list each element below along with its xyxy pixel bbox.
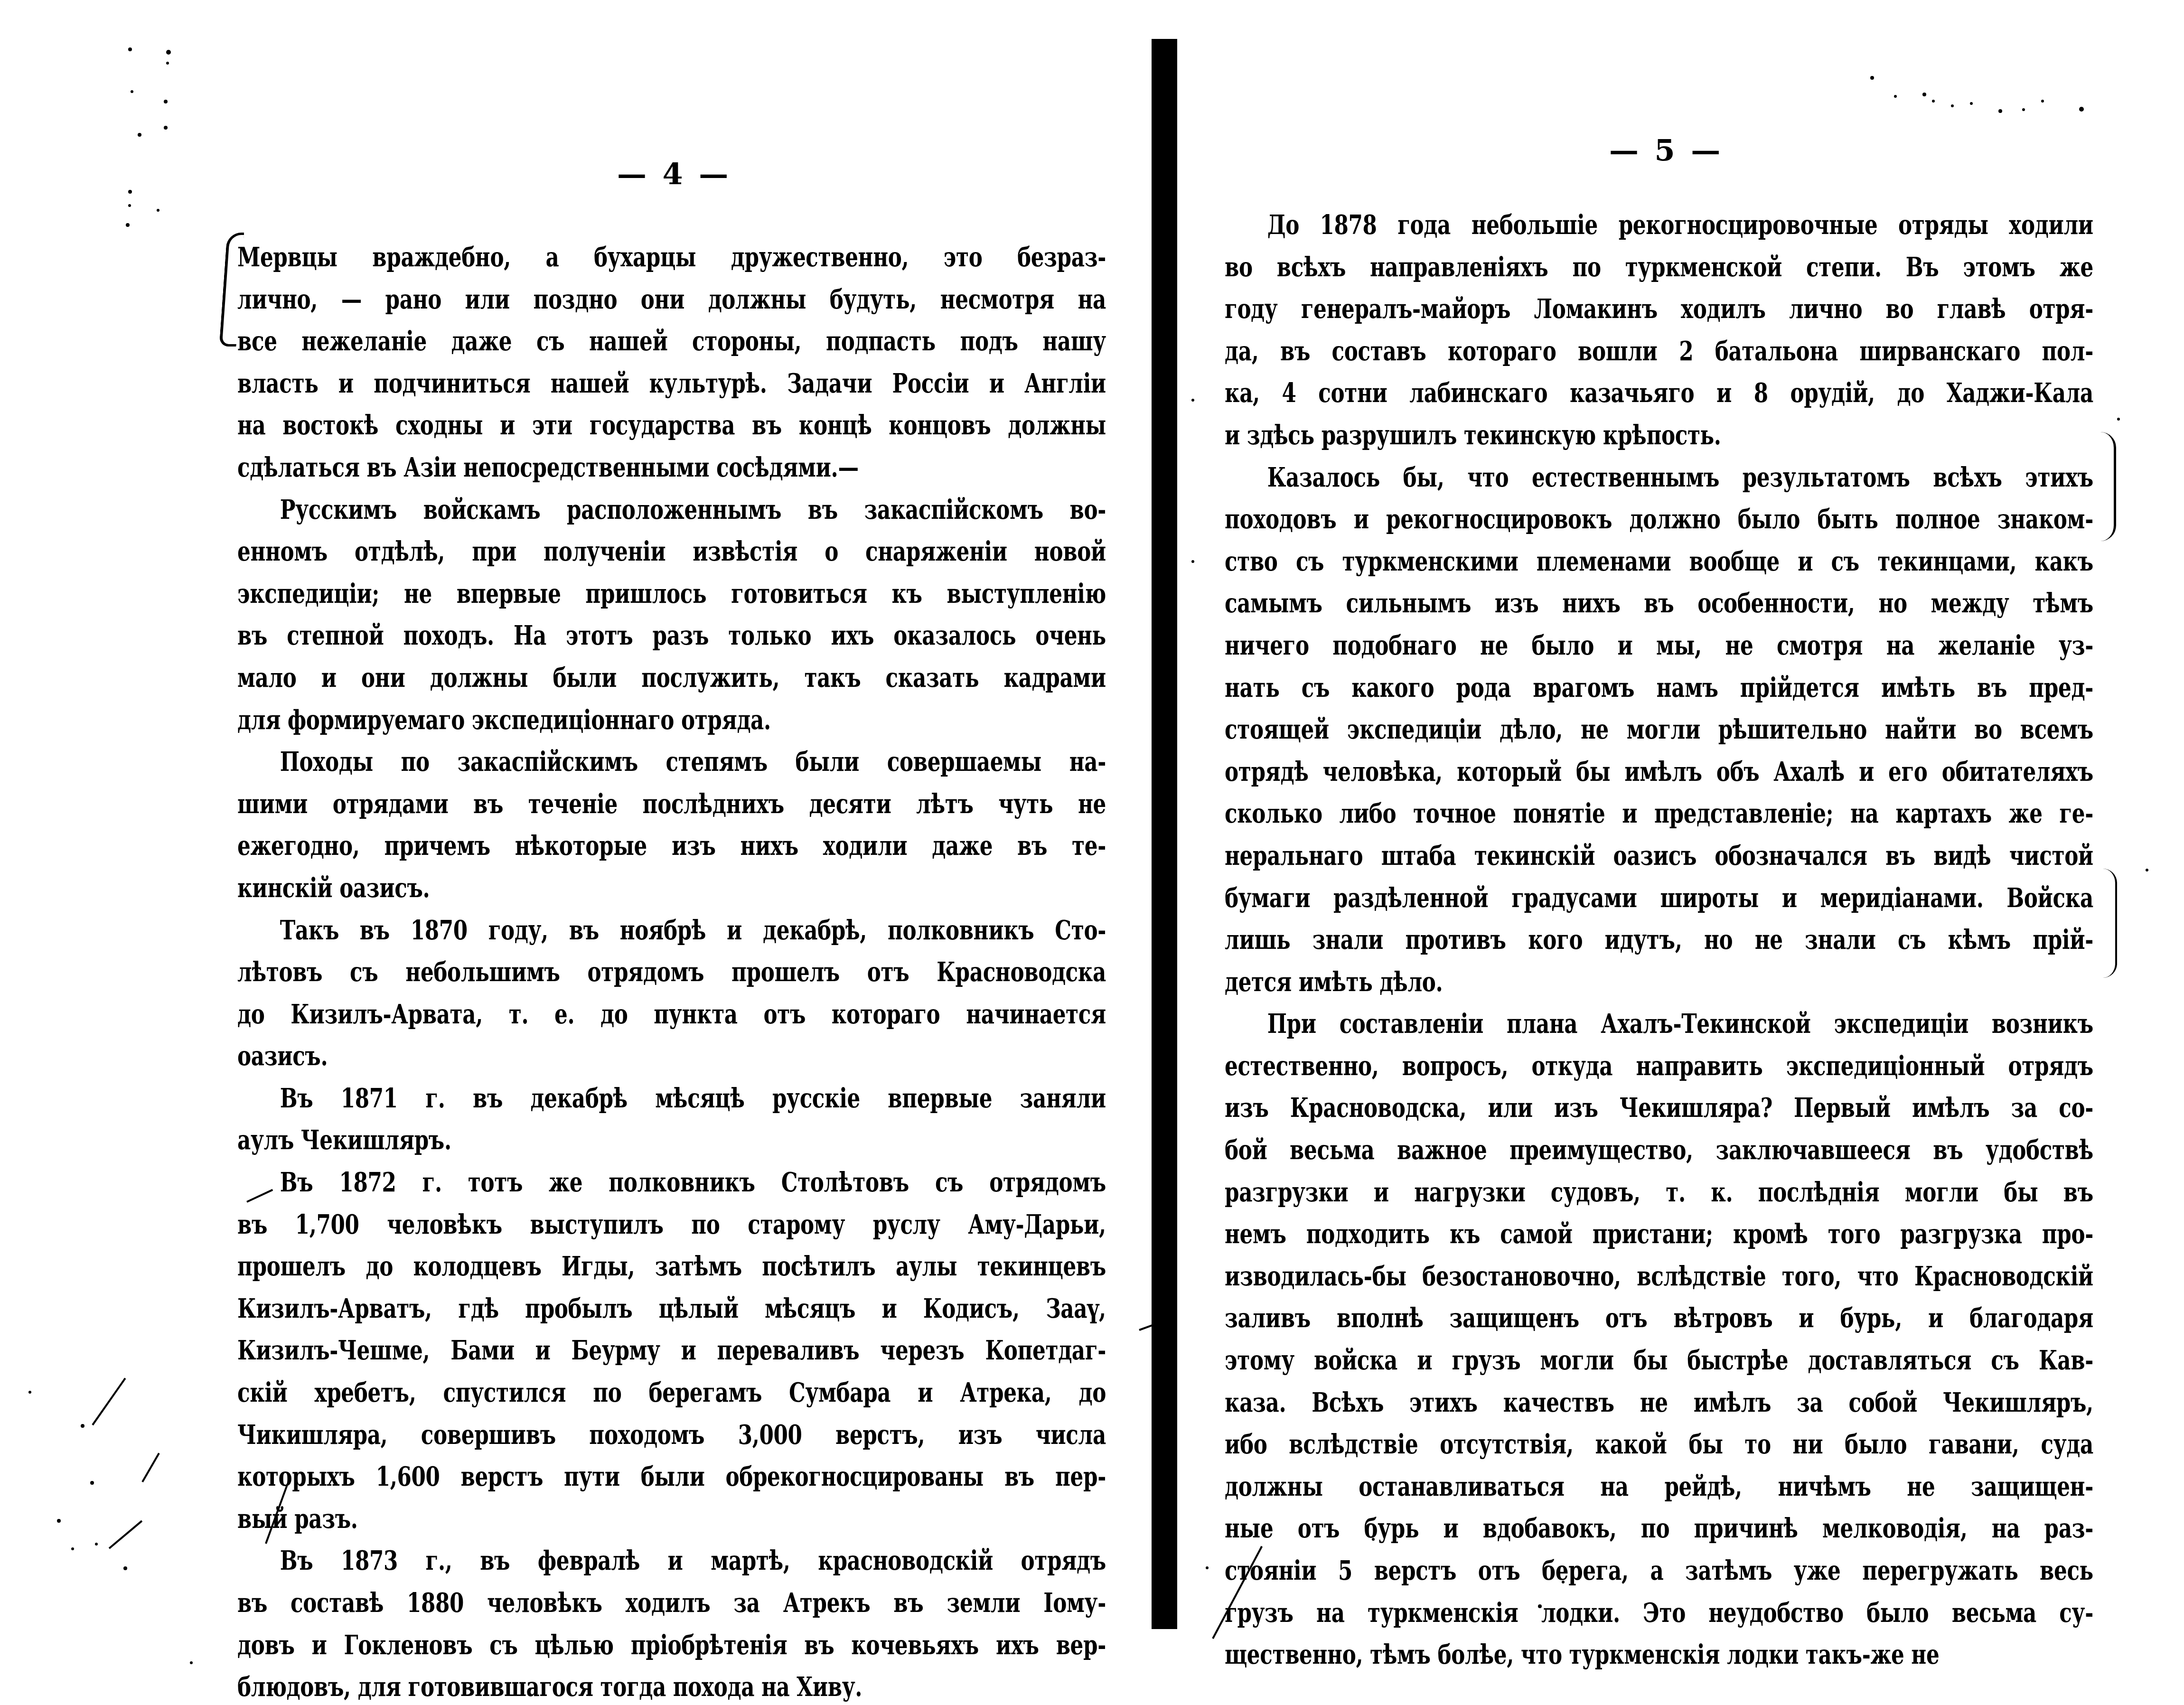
text-line: кинскій оазисъ. (237, 867, 1106, 909)
scan-speck (90, 1481, 94, 1485)
text-line: каза. Всѣхъ этихъ качествъ не имѣлъ за с… (1225, 1382, 2093, 1424)
text-line: стоящей экспедиціи дѣло, не могли рѣшите… (1225, 709, 2093, 751)
text-line: году генералъ-майоръ Ломакинъ ходилъ лич… (1225, 288, 2093, 330)
scan-speck (128, 204, 131, 207)
text-line: мало и они должны были послужить, такъ с… (237, 657, 1106, 699)
text-line: Русскимъ войскамъ расположеннымъ въ зака… (237, 489, 1106, 531)
scan-speck (1191, 399, 1194, 402)
text-line: Походы по закаспійскимъ степямъ были сов… (237, 741, 1106, 783)
text-line: оазисъ. (237, 1035, 1106, 1077)
handwritten-bracket-mark (2103, 869, 2117, 978)
text-line: ежегодно, причемъ нѣкоторые изъ нихъ ход… (237, 825, 1106, 867)
text-line: До 1878 года небольшіе рекогносцировочны… (1225, 204, 2093, 246)
text-line: Въ 1873 г., въ февралѣ и мартѣ, красново… (237, 1540, 1106, 1582)
text-line: Мервцы враждебно, а бухарцы дружественно… (237, 236, 1106, 279)
text-line: бумаги раздѣленной градусами широты и ме… (1225, 877, 2093, 919)
scan-speck (1951, 104, 1954, 107)
pencil-stroke (92, 1378, 126, 1426)
text-line: Въ 1872 г. тотъ же полковникъ Столѣтовъ … (237, 1162, 1106, 1204)
text-line: ка, 4 сотни лабинскаго казачьяго и 8 ору… (1225, 372, 2093, 414)
text-line: енномъ отдѣлѣ, при полученіи извѣстія о … (237, 531, 1106, 573)
text-line: лично, — рано или поздно они должны буду… (237, 279, 1106, 321)
page-4-text: Мервцы враждебно, а бухарцы дружественно… (237, 236, 1106, 1705)
scan-speck (1970, 102, 1973, 105)
scan-speck (157, 209, 159, 212)
text-line: заливъ вполнѣ защищенъ отъ вѣтровъ и бур… (1225, 1297, 2093, 1340)
scan-speck (164, 126, 168, 130)
text-line: Чикишляра, совершивъ походомъ 3,000 верс… (237, 1414, 1106, 1456)
text-line: щественно, тѣмъ болѣе, что туркменскія л… (1225, 1634, 2093, 1676)
text-line: сколько либо точное понятіе и представле… (1225, 793, 2093, 835)
scan-speck (71, 1547, 74, 1550)
scan-speck (1932, 100, 1935, 103)
text-line: нать съ какого рода врагомъ намъ прійдет… (1225, 667, 2093, 709)
text-line: стояніи 5 верстъ отъ берега, а затѣмъ уж… (1225, 1550, 2093, 1592)
scan-speck (1998, 109, 2002, 113)
text-line: При составленіи плана Ахалъ-Текинской эк… (1225, 1003, 2093, 1045)
text-line: этому войска и грузъ могли бы быстрѣе до… (1225, 1340, 2093, 1382)
scan-speck (128, 190, 132, 194)
text-line: на востокѣ сходны и эти государства въ к… (237, 404, 1106, 447)
text-line: ибо вслѣдствіе отсутствія, какой бы то н… (1225, 1424, 2093, 1466)
scan-speck (1191, 560, 1194, 563)
text-line: шими отрядами въ теченіе послѣднихъ деся… (237, 783, 1106, 825)
scan-speck (2079, 107, 2084, 112)
text-line: Кизилъ-Чешме, Бами и Беурму и переваливъ… (237, 1330, 1106, 1372)
scan-speck (128, 47, 132, 51)
text-line: довъ и Гокленовъ съ цѣлью пріобрѣтенія в… (237, 1624, 1106, 1667)
text-line: въ составѣ 1880 человѣкъ ходилъ за Атрек… (237, 1582, 1106, 1624)
pencil-stroke (141, 1452, 159, 1482)
scan-speck (164, 100, 168, 103)
text-line: блюдовъ, для готовившагося тогда похода … (237, 1666, 1106, 1705)
text-line: самымъ сильнымъ изъ нихъ въ особенности,… (1225, 582, 2093, 625)
page-number: — 4 — (617, 157, 731, 191)
scan-speck (1562, 1581, 1565, 1583)
scan-speck (2146, 869, 2148, 871)
text-line: ство съ туркменскими племенами вообще и … (1225, 541, 2093, 583)
scan-speck (1206, 1566, 1209, 1569)
text-line: должны останавливаться на рейдѣ, ничѣмъ … (1225, 1466, 2093, 1508)
text-line: естественно, вопросъ, откуда направить э… (1225, 1045, 2093, 1087)
scan-speck (138, 133, 141, 137)
text-line: до Кизилъ-Арвата, т. е. до пункта отъ ко… (237, 993, 1106, 1036)
text-line: экспедиціи; не впервые пришлось готовить… (237, 573, 1106, 615)
scan-speck (95, 1543, 98, 1546)
scan-speck (123, 1566, 127, 1570)
text-line: отрядѣ человѣка, который бы имѣлъ объ Ах… (1225, 751, 2093, 793)
scan-speck (2117, 418, 2120, 421)
scan-speck (1538, 1604, 1542, 1608)
pencil-stroke (109, 1520, 143, 1549)
text-line: сдѣлаться въ Азіи непосредственными сосѣ… (237, 447, 1106, 489)
text-line: и здѣсь разрушилъ текинскую крѣпость. (1225, 414, 2093, 457)
text-line: скій хребетъ, спустился по берегамъ Сумб… (237, 1372, 1106, 1414)
scan-speck (81, 1424, 84, 1428)
text-line: Кизилъ-Арватъ, гдѣ пробылъ цѣлый мѣсяцъ … (237, 1288, 1106, 1330)
text-line: ные отъ бурь и вдобавокъ, по причинѣ мел… (1225, 1508, 2093, 1550)
text-line: неральнаго штаба текинскій оазисъ обозна… (1225, 835, 2093, 877)
text-line: все нежеланіе даже съ нашей стороны, под… (237, 320, 1106, 363)
scan-speck (1894, 95, 1897, 98)
text-line: бой весьма важное преимущество, заключав… (1225, 1129, 2093, 1171)
text-line: въ степной походъ. На этотъ разъ только … (237, 615, 1106, 657)
text-line: лишь знали противъ кого идутъ, но не зна… (1225, 919, 2093, 961)
scan-speck (2022, 108, 2025, 111)
text-line: во всѣхъ направленіяхъ по туркменской ст… (1225, 246, 2093, 289)
text-line: дется имѣть дѣло. (1225, 961, 2093, 1003)
text-line: для формируемаго экспедиціоннаго отряда. (237, 699, 1106, 741)
text-line: въ 1,700 человѣкъ выступилъ по старому р… (237, 1204, 1106, 1246)
scan-speck (126, 223, 130, 227)
scan-speck (166, 50, 171, 55)
scan-speck (190, 1661, 193, 1664)
text-line: немъ подходить къ самой пристани; кромѣ … (1225, 1213, 2093, 1255)
scan-speck (1372, 1538, 1375, 1541)
scan-speck (1922, 93, 1926, 96)
text-line: походовъ и рекогносцировокъ должно было … (1225, 498, 2093, 541)
scan-speck (2041, 100, 2044, 103)
page-5-text: До 1878 года небольшіе рекогносцировочны… (1225, 204, 2093, 1676)
book-gutter (1152, 39, 1177, 1629)
text-line: которыхъ 1,600 верстъ пути были обрекогн… (237, 1456, 1106, 1498)
text-line: изъ Красноводска, или изъ Чекишляра? Пер… (1225, 1087, 2093, 1129)
text-line: лѣтовъ съ небольшимъ отрядомъ прошелъ от… (237, 951, 1106, 993)
text-line: изводилась-бы безостановочно, вслѣдствіе… (1225, 1255, 2093, 1298)
scan-speck (57, 1519, 61, 1523)
text-line: власть и подчиниться нашей культурѣ. Зад… (237, 363, 1106, 405)
text-line: вый разъ. (237, 1498, 1106, 1540)
text-line: Казалось бы, что естественнымъ результат… (1225, 457, 2093, 499)
scan-speck (131, 90, 133, 93)
text-line: грузъ на туркменскія лодки. Это неудобст… (1225, 1592, 2093, 1634)
scan-speck (1870, 76, 1874, 80)
text-line: да, въ составъ котораго вошли 2 батальон… (1225, 330, 2093, 373)
page-number: — 5 — (1609, 133, 1723, 168)
text-line: ничего подобнаго не было и мы, не смотря… (1225, 625, 2093, 667)
text-line: Въ 1871 г. въ декабрѣ мѣсяцѣ русскіе впе… (237, 1077, 1106, 1120)
scan-speck (166, 62, 169, 65)
text-line: Такъ въ 1870 году, въ ноябрѣ и декабрѣ, … (237, 909, 1106, 952)
text-line: аулъ Чекишляръ. (237, 1119, 1106, 1162)
text-line: прошелъ до колодцевъ Игды, затѣмъ посѣти… (237, 1246, 1106, 1288)
text-line: разгрузки и нагрузки судовъ, т. к. послѣ… (1225, 1171, 2093, 1214)
handwritten-bracket-mark (2100, 432, 2116, 541)
scan-speck (28, 1391, 31, 1394)
